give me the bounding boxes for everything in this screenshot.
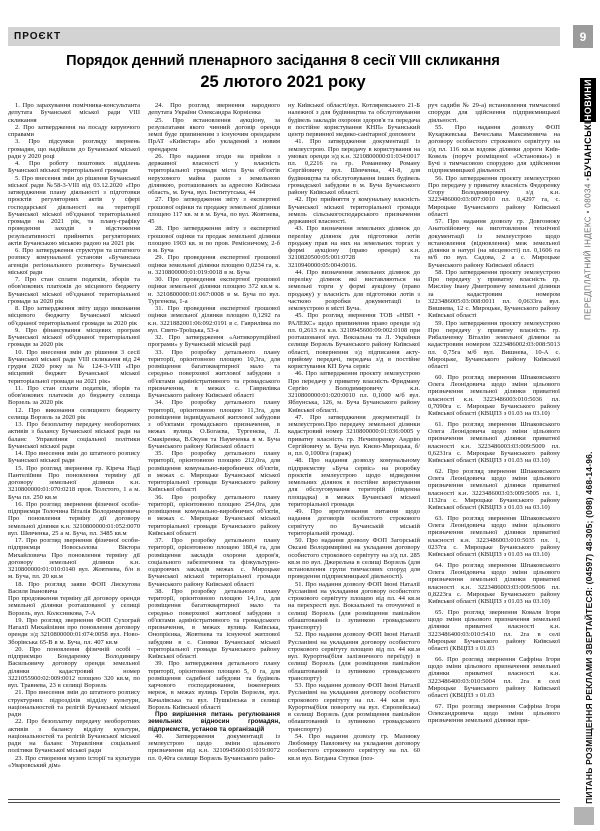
agenda-item: 36. Про розробку детального плану терито…	[148, 494, 280, 538]
newspaper-page: ПРОЄКТ 9 Порядок денний пленарного засід…	[0, 0, 600, 831]
agenda-item: 17. Про розгляд звернення фізичної особи…	[8, 537, 140, 581]
agenda-column-3: ну Київської області/вул. Котляревського…	[288, 102, 420, 796]
agenda-column-2: 24. Про розгляд звернення народного депу…	[148, 102, 280, 796]
agenda-item: 66. Про розгляд звернення Сафріна Ігоря …	[428, 656, 560, 700]
agenda-item: 38. Про розробку детального плану терито…	[148, 588, 280, 661]
corner-box	[574, 807, 594, 825]
agenda-item: 22. Про безоплатну передачу необоротних …	[8, 718, 140, 754]
agenda-item: 11. Про стан сплати податків, зборів та …	[8, 385, 140, 407]
agenda-column-4: руч садиби № 29-а) встановлення тимчасов…	[428, 102, 560, 796]
agenda-item: 35. Про розробку детального плану терито…	[148, 450, 280, 494]
agenda-item: 58. Про затвердження проєкту землеустрою…	[428, 269, 560, 320]
masthead-vertical: ПЕРЕДПЛАТНИЙ ІНДЕКС • 08034 • БУЧАНСЬКІ …	[580, 50, 596, 320]
agenda-item: 31. Про проведення експертної грошової о…	[148, 305, 280, 334]
page-title: Порядок денний пленарного засідання 8 се…	[0, 52, 566, 93]
agenda-item: 23. Про створення музею історії та культ…	[8, 755, 140, 770]
agenda-item: 32. Про затвердження «Антикорупційної пр…	[148, 334, 280, 349]
agenda-item: 3. Про підсумки розгляду звернень громад…	[8, 138, 140, 160]
agenda-columns: 1. Про зарахування помічника-консультант…	[8, 102, 560, 796]
title-line-2: 25 лютого 2021 року	[0, 71, 566, 93]
right-sidebar: ПЕРЕДПЛАТНИЙ ІНДЕКС • 08034 • БУЧАНСЬКІ …	[566, 0, 600, 831]
agenda-item: 14. Про внесення змін до штатного розпис…	[8, 450, 140, 465]
agenda-item: 25. Про встановлення аукціону, за резуль…	[148, 117, 280, 153]
agenda-item: 49. Про врегулювання питання щодо наданн…	[288, 508, 420, 537]
agenda-item: 65. Про розгляд звернення Коваля Ігоря щ…	[428, 609, 560, 653]
agenda-item: 57. Про надання дозволу гр. Довгонюку Ан…	[428, 218, 560, 269]
bottom-rule	[8, 799, 560, 803]
agenda-item: 67. Про розгляд звернення Сафріна Ігоря …	[428, 703, 560, 725]
agenda-item: 2. Про затвердження на посаду керуючого …	[8, 124, 140, 139]
kicker-bar: ПРОЄКТ	[8, 27, 560, 46]
agenda-item: 28. Про затвердження звіту з експертної …	[148, 225, 280, 254]
agenda-item: 10. Про внесення змін до рішення 3 сесії…	[8, 349, 140, 385]
agenda-item: 61. Про розгляд звернення Шпаковського О…	[428, 421, 560, 465]
agenda-item: руч садиби № 29-а) встановлення тимчасов…	[428, 102, 560, 124]
brand-label: БУЧАНСЬКІ	[583, 122, 593, 178]
agenda-item: 46. Про затвердження проєкту землеустрою…	[288, 370, 420, 414]
agenda-item: 19. Про розгляд звернення ФОП Сухограй Н…	[8, 617, 140, 646]
agenda-item: 62. Про розгляд звернення Шпаковського О…	[428, 468, 560, 512]
agenda-item: 7. Про стан сплати податків, зборів та о…	[8, 276, 140, 305]
agenda-item: 16. Про розгляд звернення фізичної особи…	[8, 501, 140, 537]
agenda-item: 8. Про затвердження звіту щодо виконання…	[8, 305, 140, 327]
agenda-item: 24. Про розгляд звернення народного депу…	[148, 102, 280, 117]
agenda-item: 56. Про затвердження проєкту землеустрою…	[428, 175, 560, 219]
agenda-item: Про продовження терміну дії договору оре…	[8, 595, 140, 617]
kicker-label: ПРОЄКТ	[8, 31, 61, 42]
agenda-item: 9. Про фінансування місцевих програм Буч…	[8, 327, 140, 349]
agenda-item: 18. Про розгляд заяви ФОП Лискутова Васи…	[8, 581, 140, 596]
agenda-item: 40. Затвердження документації із землеус…	[148, 733, 280, 762]
agenda-item: 54. Про надання дозволу гр. Мазнюку Любо…	[288, 733, 420, 762]
agenda-item: 30. Про проведення експертної грошової о…	[148, 276, 280, 305]
ad-contact-vertical: З ПИТАНЬ РОЗМІЩЕННЯ РЕКЛАМИ ЗВЕРТАЙТЕСЯ:…	[584, 392, 594, 812]
agenda-item: 63. Про розгляд звернення Шпаковського О…	[428, 515, 560, 559]
agenda-item: 15. Про розгляд звернення гр. Кіреча Над…	[8, 465, 140, 501]
agenda-item: 34. Про розробку детального плану терито…	[148, 399, 280, 450]
agenda-item: 5. Про внесення змін до рішення Бучанськ…	[8, 175, 140, 248]
agenda-item: 1. Про зарахування помічника-консультант…	[8, 102, 140, 124]
agenda-item: 51. Про надання дозволу ФОП Івоні Наталі…	[288, 581, 420, 632]
agenda-column-1: 1. Про зарахування помічника-консультант…	[8, 102, 140, 796]
agenda-item: 6. Про затвердження структури та штатног…	[8, 247, 140, 276]
agenda-item: 50. Про надання дозволу ФОП Загорській О…	[288, 537, 420, 581]
agenda-item: 13. Про безоплатну передачу необоротних …	[8, 421, 140, 450]
agenda-item: 41. Про затвердження документації із зем…	[288, 138, 420, 196]
agenda-item: 29. Про проведення експертної грошової о…	[148, 254, 280, 276]
agenda-item: 60. Про розгляд звернення Шпаковського О…	[428, 374, 560, 418]
subscription-index-label: ПЕРЕДПЛАТНИЙ ІНДЕКС • 08034 •	[584, 178, 593, 321]
agenda-item: 44. Про визначення земельних ділянок до …	[288, 269, 420, 313]
agenda-item: 52. Про надання дозволу ФОП Івоні Наталі…	[288, 631, 420, 682]
agenda-item: 48. Про надання дозволу комунальному під…	[288, 457, 420, 508]
agenda-item: 27. Про затвердження звіту з експертної …	[148, 196, 280, 225]
agenda-item: 59. Про затвердження проєкту землеустрою…	[428, 320, 560, 371]
agenda-item: 12. Про виконання селищного бюджету сели…	[8, 407, 140, 422]
title-line-1: Порядок денний пленарного засідання 8 се…	[0, 52, 566, 71]
agenda-item: 53. Про надання дозволу ФОП Івоні Наталі…	[288, 682, 420, 733]
agenda-item: 33. Про розробку детального плану терито…	[148, 349, 280, 400]
agenda-item: 26. Про надання згоди на прийом з держав…	[148, 153, 280, 197]
agenda-item: 4. Про роботу поштових відділень Бучансь…	[8, 160, 140, 175]
agenda-item: 21. Про внесення змін до штатного розпис…	[8, 689, 140, 718]
agenda-item: 37. Про розробку детального плану терито…	[148, 537, 280, 588]
agenda-item: ну Київської області/вул. Котляревського…	[288, 102, 420, 138]
agenda-item: 20. Про поновлення фізичній особі – підп…	[8, 646, 140, 690]
agenda-item: 64. Про розгляд звернення Шпаковського О…	[428, 562, 560, 606]
agenda-item: 39. Про затвердження детального плану те…	[148, 660, 280, 711]
brand-news-label: НОВИНИ	[580, 78, 596, 122]
agenda-item: 43. Про визначення земельних ділянок до …	[288, 225, 420, 269]
agenda-subheading: Про вирішення питань регулювання земельн…	[148, 711, 280, 733]
agenda-item: 42. Про прийняття у комунальну власність…	[288, 196, 420, 225]
agenda-item: 45. Про розгляд звернення ТОВ «НВП • РАЛ…	[288, 312, 420, 370]
agenda-item: 55. Про надання дозволу ФОП Кухаржевська…	[428, 124, 560, 175]
agenda-item: 47. Про затвердження документації із зем…	[288, 414, 420, 458]
